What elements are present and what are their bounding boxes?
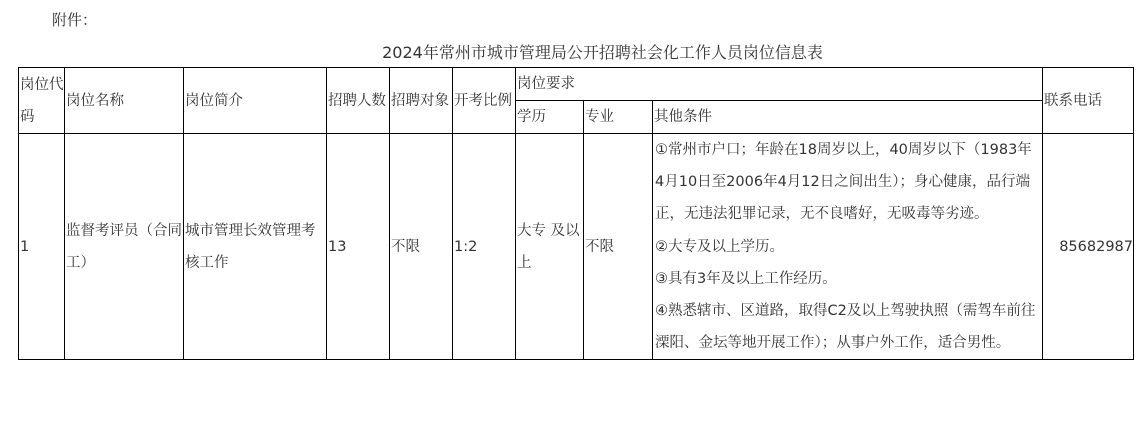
- cell-target: 不限: [390, 134, 453, 360]
- cell-other-conditions: ①常州市户口；年龄在18周岁以上，40周岁以下（1983年4月10日至2006年…: [653, 134, 1043, 360]
- table-row: 1 监督考评员（合同工） 城市管理长效管理考核工作 13 不限 1:2 大专 及…: [19, 134, 1134, 360]
- condition-1: ①常州市户口；年龄在18周岁以上，40周岁以下（1983年4月10日至2006年…: [655, 134, 1038, 231]
- job-info-table: 岗位代码 岗位名称 岗位简介 招聘人数 招聘对象 开考比例 岗位要求 联系电话 …: [18, 67, 1134, 360]
- header-count: 招聘人数: [327, 68, 390, 134]
- attachment-label: 附件：: [52, 9, 97, 30]
- header-name: 岗位名称: [65, 68, 184, 134]
- cell-ratio: 1:2: [453, 134, 516, 360]
- cell-name: 监督考评员（合同工）: [65, 134, 184, 360]
- header-ratio: 开考比例: [453, 68, 516, 134]
- header-target: 招聘对象: [390, 68, 453, 134]
- header-intro: 岗位简介: [184, 68, 327, 134]
- header-code: 岗位代码: [19, 68, 65, 134]
- header-major: 专业: [584, 101, 653, 134]
- condition-3: ③具有3年及以上工作经历。: [655, 263, 1038, 295]
- header-education: 学历: [516, 101, 584, 134]
- condition-4: ④熟悉辖市、区道路，取得C2及以上驾驶执照（需驾车前往溧阳、金坛等地开展工作）；…: [655, 295, 1038, 359]
- header-requirements: 岗位要求: [516, 68, 1043, 101]
- header-other: 其他条件: [653, 101, 1043, 134]
- cell-education: 大专 及以上: [516, 134, 584, 360]
- cell-major: 不限: [584, 134, 653, 360]
- header-phone: 联系电话: [1043, 68, 1134, 134]
- cell-intro: 城市管理长效管理考核工作: [184, 134, 327, 360]
- condition-2: ②大专及以上学历。: [655, 231, 1038, 263]
- cell-phone: 85682987: [1043, 134, 1134, 360]
- cell-code: 1: [19, 134, 65, 360]
- page-title: 2024年常州市城市管理局公开招聘社会化工作人员岗位信息表: [0, 40, 1145, 63]
- cell-count: 13: [327, 134, 390, 360]
